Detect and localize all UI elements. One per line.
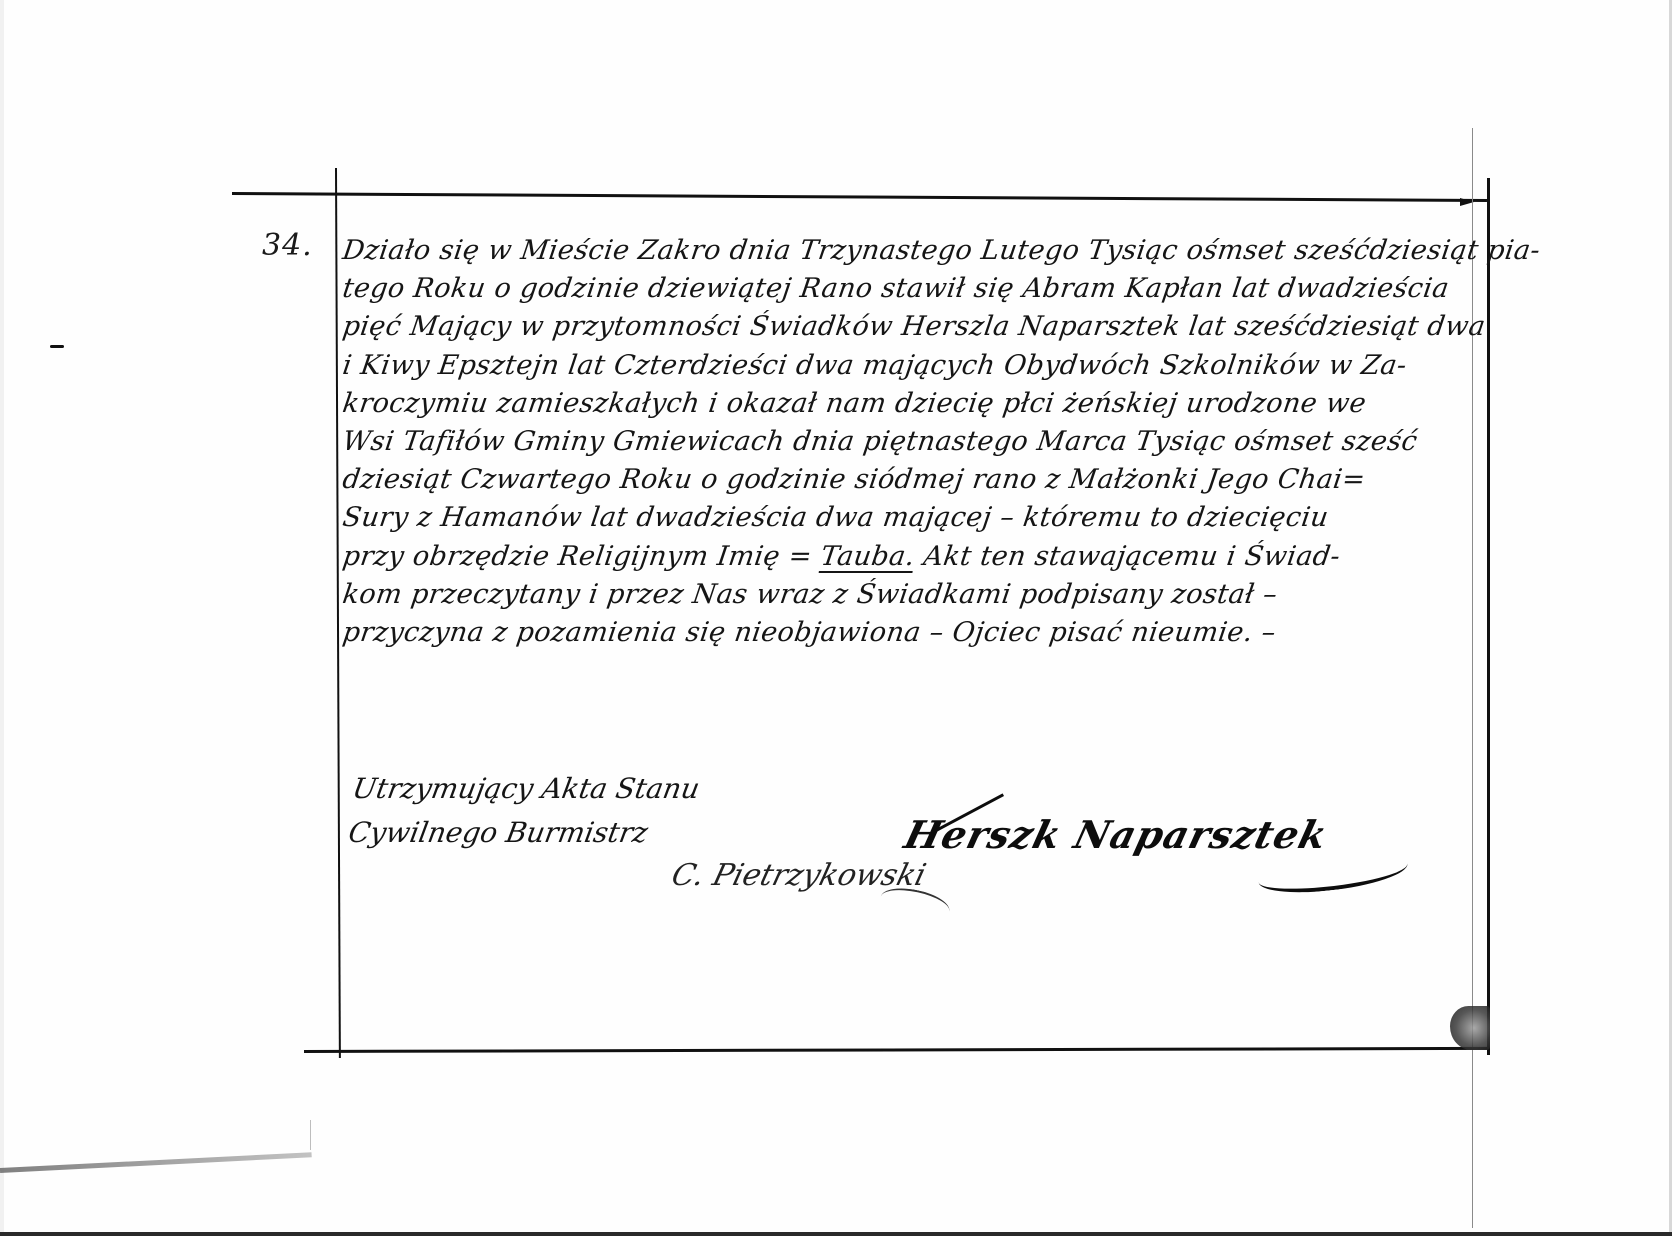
act-line-5: kroczymiu zamieszkałych i okazał nam dzi… (340, 385, 1475, 423)
top-rule-line (232, 192, 1487, 202)
act-line-4: i Kiwy Epsztejn lat Czterdzieści dwa maj… (340, 347, 1475, 385)
act-line-2: tego Roku o godzinie dziewiątej Rano sta… (340, 270, 1475, 308)
corner-ink-smudge (1450, 1006, 1490, 1050)
act-line-6: Wsi Tafiłów Gminy Gmiewicach dnia piętna… (340, 423, 1475, 461)
entry-number: 34. (262, 228, 313, 263)
act-line-10: kom przeczytany i przez Nas wraz z Świad… (340, 576, 1475, 614)
act-line-1: Działo się w Mieście Zakro dnia Trzynast… (340, 232, 1475, 270)
right-fold-line (1472, 128, 1473, 1228)
scan-left-edge (0, 0, 4, 1236)
act-line-11: przyczyna z pozamienia się nieobjawiona … (340, 614, 1475, 652)
act-line-3: pięć Mający w przytomności Świadków Hers… (340, 308, 1475, 346)
act-line-8: Sury z Hamanów lat dwadzieścia dwa mając… (340, 499, 1475, 537)
scanned-page: 34. Działo się w Mieście Zakro dnia Trzy… (0, 0, 1672, 1236)
underlying-page-corner (310, 1120, 311, 1150)
witness-signature: Herszk Naparsztek (900, 812, 1332, 857)
official-signature: C. Pietrzykowski (668, 858, 929, 893)
act-text: Działo się w Mieście Zakro dnia Trzynast… (340, 232, 1470, 652)
bottom-rule-line (304, 1047, 1490, 1053)
act-line-9: przy obrzędzie Religijnym Imię = Tauba. … (340, 538, 1475, 576)
act-line-9-end: Akt ten stawającemu i Świad- (913, 541, 1343, 572)
act-line-7: dziesiąt Czwartego Roku o godzinie siódm… (340, 461, 1475, 499)
underlying-page-edge (0, 1152, 312, 1173)
act-line-9-start: przy obrzędzie Religijnym Imię = (341, 541, 824, 572)
child-name: Tauba. (819, 541, 917, 572)
stray-ink-mark (50, 345, 64, 348)
registrar-title-line-1: Utrzymujący Akta Stanu (350, 772, 1056, 805)
scan-bottom-edge (0, 1232, 1672, 1236)
right-rule-line (1487, 178, 1490, 1055)
